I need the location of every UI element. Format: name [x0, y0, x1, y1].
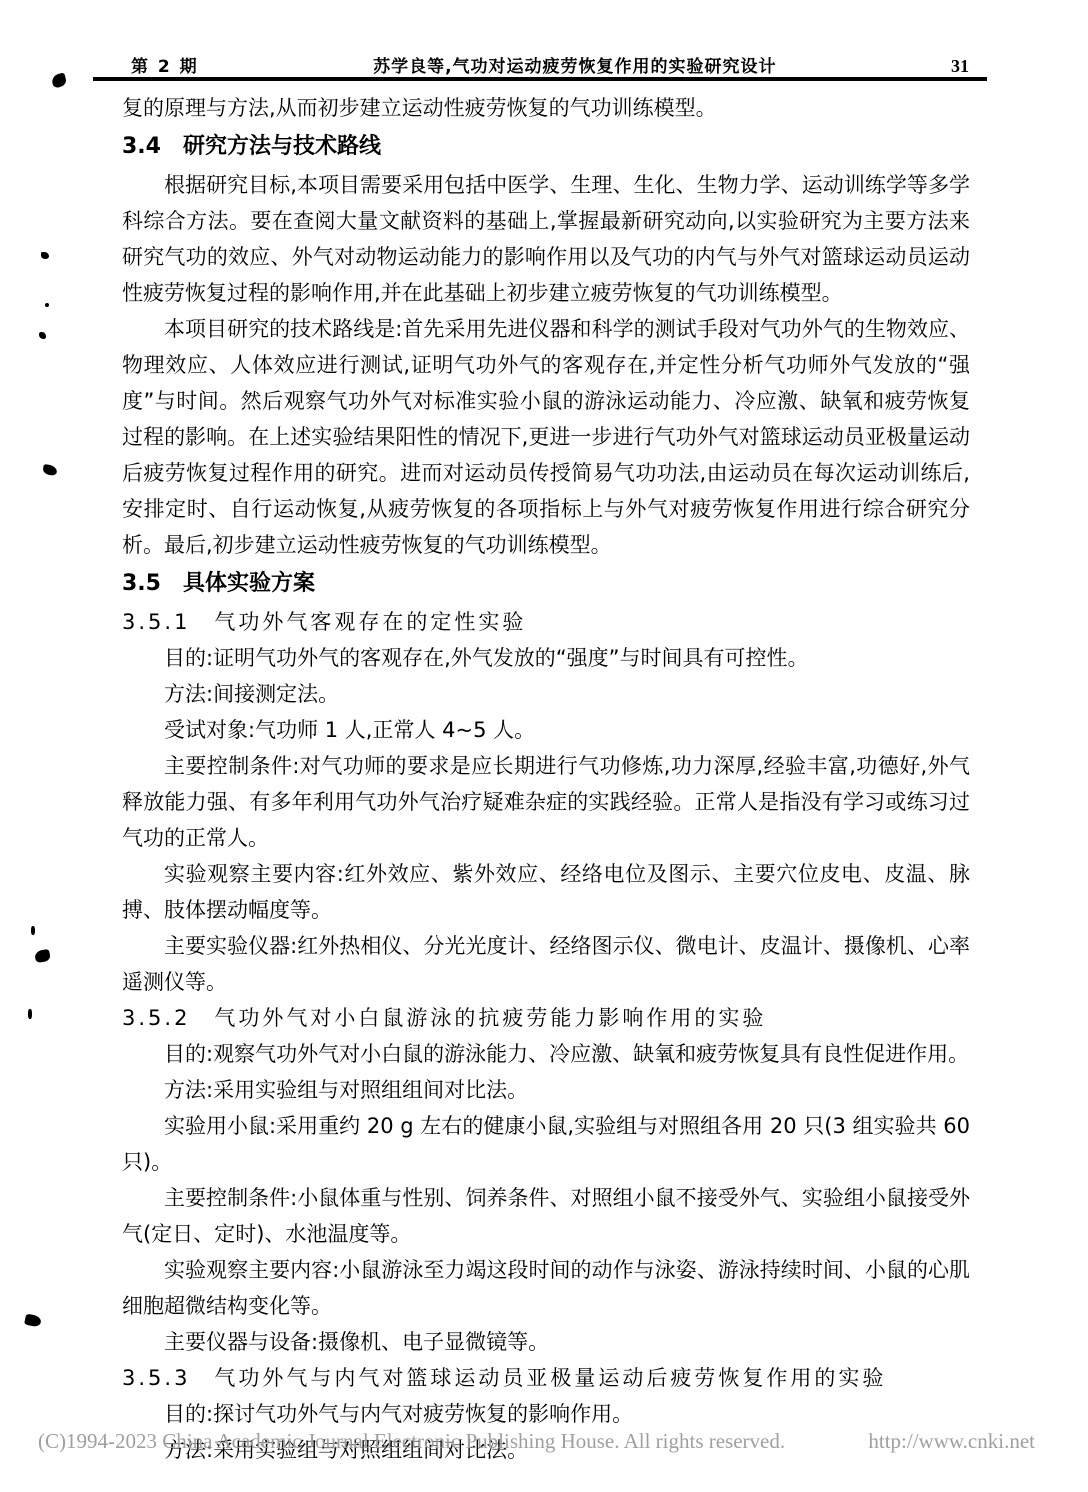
paragraph-purpose: 目的:探讨气功外气与内气对疲劳恢复的影响作用。	[122, 1396, 970, 1432]
issue-label: 第 2 期	[131, 52, 199, 77]
paragraph: 根据研究目标,本项目需要采用包括中医学、生理、生化、生物力学、运动训练学等多学科…	[122, 167, 970, 311]
page-header: 第 2 期 苏学良等,气功对运动疲劳恢复作用的实验研究设计 31	[93, 52, 987, 77]
journal-page: 第 2 期 苏学良等,气功对运动疲劳恢复作用的实验研究设计 31 复的原理与方法…	[0, 0, 1088, 1492]
footer-url: http://www.cnki.net	[868, 1429, 1035, 1454]
scan-artifact	[42, 464, 57, 476]
article-body: 复的原理与方法,从而初步建立运动性疲劳恢复的气功训练模型。 3.4 研究方法与技…	[122, 90, 970, 1468]
subsection-heading-3-5-3: 3.5.3 气功外气与内气对篮球运动员亚极量运动后疲劳恢复作用的实验	[122, 1360, 970, 1396]
paragraph-method: 方法:采用实验组与对照组组间对比法。	[122, 1072, 970, 1108]
copyright-text: (C)1994-2023 China Academic Journal Elec…	[38, 1429, 785, 1454]
paragraph-instruments: 主要实验仪器:红外热相仪、分光光度计、经络图示仪、微电计、皮温计、摄像机、心率遥…	[122, 928, 970, 1000]
paragraph-instruments: 主要仪器与设备:摄像机、电子显微镜等。	[122, 1324, 970, 1360]
section-heading-3-4: 3.4 研究方法与技术路线	[122, 129, 970, 165]
paragraph: 本项目研究的技术路线是:首先采用先进仪器和科学的测试手段对气功外气的生物效应、物…	[122, 311, 970, 563]
scan-artifact	[41, 252, 49, 259]
scan-artifact	[45, 303, 49, 307]
subsection-heading-3-5-2: 3.5.2 气功外气对小白鼠游泳的抗疲劳能力影响作用的实验	[122, 1000, 970, 1036]
paragraph-mice: 实验用小鼠:采用重约 20 g 左右的健康小鼠,实验组与对照组各用 20 只(3…	[122, 1108, 970, 1180]
scan-artifact	[51, 72, 68, 88]
subsection-heading-3-5-1: 3.5.1 气功外气客观存在的定性实验	[122, 604, 970, 640]
paragraph-continuation: 复的原理与方法,从而初步建立运动性疲劳恢复的气功训练模型。	[122, 90, 970, 126]
scan-artifact	[24, 1313, 42, 1327]
paragraph-control-conditions: 主要控制条件:对气功师的要求是应长期进行气功修炼,功力深厚,经验丰富,功德好,外…	[122, 748, 970, 856]
scan-artifact	[39, 332, 46, 339]
scan-artifact	[31, 926, 35, 935]
page-footer: (C)1994-2023 China Academic Journal Elec…	[38, 1429, 1035, 1454]
page-number: 31	[951, 56, 969, 77]
paragraph-method: 方法:间接测定法。	[122, 676, 970, 712]
scan-artifact	[34, 949, 51, 963]
paragraph-observations: 实验观察主要内容:小鼠游泳至力竭这段时间的动作与泳姿、游泳持续时间、小鼠的心肌细…	[122, 1252, 970, 1324]
paragraph-purpose: 目的:证明气功外气的客观存在,外气发放的“强度”与时间具有可控性。	[122, 640, 970, 676]
paragraph-observations: 实验观察主要内容:红外效应、紫外效应、经络电位及图示、主要穴位皮电、皮温、脉搏、…	[122, 856, 970, 928]
section-heading-3-5: 3.5 具体实验方案	[122, 566, 970, 602]
paragraph-subjects: 受试对象:气功师 1 人,正常人 4~5 人。	[122, 712, 970, 748]
paragraph-control-conditions: 主要控制条件:小鼠体重与性别、饲养条件、对照组小鼠不接受外气、实验组小鼠接受外气…	[122, 1180, 970, 1252]
scan-artifact	[28, 1009, 32, 1019]
running-title: 苏学良等,气功对运动疲劳恢复作用的实验研究设计	[199, 52, 951, 77]
header-rule	[93, 77, 987, 81]
paragraph-purpose: 目的:观察气功外气对小白鼠的游泳能力、冷应激、缺氧和疲劳恢复具有良性促进作用。	[122, 1036, 970, 1072]
